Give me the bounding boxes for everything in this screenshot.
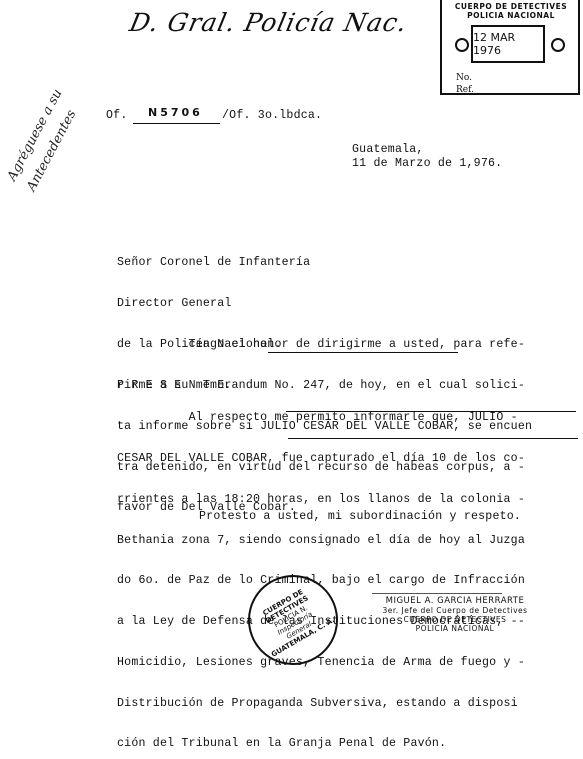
reception-stamp-header: CUERPO DE DETECTIVES POLICIA NACIONAL (452, 2, 570, 20)
stamp-ref-line (474, 93, 574, 94)
stamp-ref-label: Ref. (456, 85, 474, 95)
body-line: Tengo el honor de dirigirme a usted, par… (117, 338, 532, 352)
dateline: Guatemala,11 de Marzo de 1,976. (352, 143, 502, 170)
reference-number: N5706 (148, 106, 203, 119)
signatory-dept: CUERPO DE DETECTIVES (370, 615, 540, 624)
capture-underline (286, 411, 576, 412)
emblem-icon (455, 38, 469, 52)
addressee-line: Señor Coronel de Infantería (117, 256, 310, 270)
body-paragraph-2: Al respecto me permito informarle que, J… (117, 384, 525, 759)
signature-line (372, 593, 502, 594)
stamp-line-1: CUERPO DE DETECTIVES (452, 2, 570, 11)
stamp-date: 12 MAR 1976 (471, 25, 545, 63)
signatory-name: MIGUEL A. GARCIA HERRARTE (370, 597, 540, 606)
stamp-line-2: POLICIA NACIONAL (452, 11, 570, 20)
addressee-line: Director General (117, 297, 310, 311)
signature-block: MIGUEL A. GARCIA HERRARTE 3er. Jefe del … (370, 597, 540, 633)
dateline-date: 11 de Marzo de 1,976. (352, 157, 502, 171)
body-line: CESAR DEL VALLE COBAR, fue capturado el … (117, 452, 525, 466)
emblem-icon (551, 38, 565, 52)
margin-annotation: Agréguese a su Antecedentes (2, 85, 88, 195)
body-line: ción del Tribunal en la Granja Penal de … (117, 737, 525, 751)
stamp-no-label: No. (456, 73, 472, 83)
body-line: Homicidio, Lesiones graves, Tenencia de … (117, 656, 525, 670)
consigned-underline (288, 438, 578, 439)
signatory-org: POLICIA NACIONAL (370, 624, 540, 633)
name-underline (268, 352, 458, 353)
dateline-place: Guatemala, (352, 143, 502, 157)
letterhead: D. Gral. Policía Nac. (127, 8, 410, 37)
body-line: Al respecto me permito informarle que, J… (117, 411, 525, 425)
reference-underline (133, 123, 220, 124)
signatory-title: 3er. Jefe del Cuerpo de Detectives (370, 606, 540, 615)
body-line: Bethania zona 7, siendo consignado el dí… (117, 534, 525, 548)
closing-line: Protesto a usted, mi subordinación y res… (199, 510, 521, 524)
reference-prefix: Of. (106, 109, 127, 123)
body-line: Distribución de Propaganda Subversiva, e… (117, 697, 525, 711)
body-line: rrientes a las 18:20 horas, en los llano… (117, 493, 525, 507)
reference-suffix: /Of. 3o.lbdca. (222, 109, 322, 123)
